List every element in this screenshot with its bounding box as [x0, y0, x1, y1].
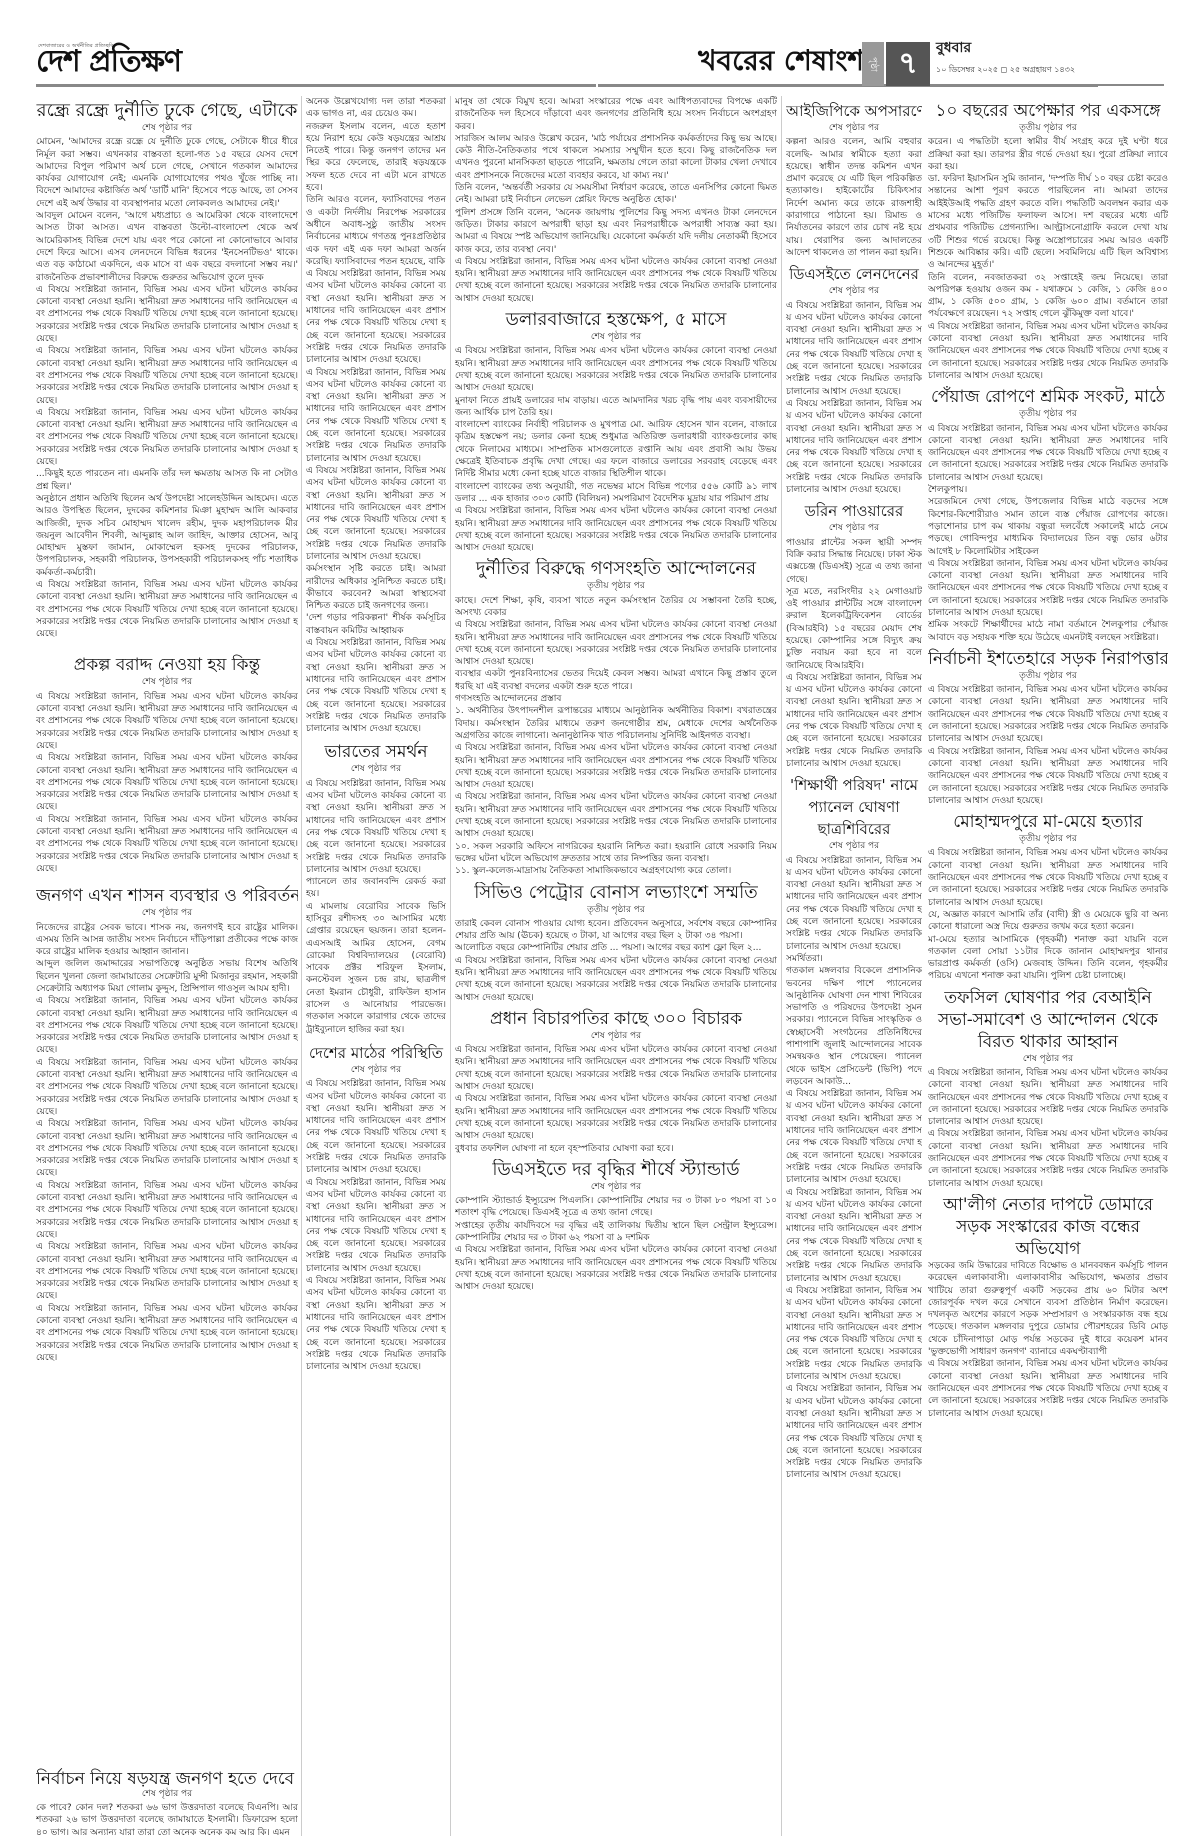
paragraph: মুনাফা নিতে প্রায়ই ডলারের দাম বাড়ায়। … [455, 395, 777, 420]
paragraph: এ বিষয়ে সংশ্লিষ্টরা জানান, বিভিন্ন সময়… [455, 505, 777, 554]
continued-label: শেষ পৃষ্ঠার পর [36, 907, 298, 919]
continued-label: তৃতীয় পৃষ্ঠার পর [928, 408, 1168, 420]
paragraph: ১০. সকল সরকারি অফিসে নাগরিকের হয়রানি নি… [455, 841, 777, 866]
paragraph: এ বিষয়ে সংশ্লিষ্টরা জানান, বিভিন্ন সময়… [36, 579, 298, 640]
continued-label: শেষ পৃষ্ঠার পর [36, 1788, 298, 1800]
paragraph: এ বিষয়ে সংশ্লিষ্টরা জানান, বিভিন্ন সময়… [306, 1078, 446, 1176]
headline[interactable]: প্রকল্প বরাদ্দ নেওয়া হয় কিন্তু [36, 654, 298, 676]
paragraph: এ বিষয়ে সংশ্লিষ্টরা জানান, বিভিন্ন সময়… [306, 778, 446, 876]
paragraph: এ বিষয়ে সংশ্লিষ্টরা জানান, বিভিন্ন সময়… [455, 742, 777, 791]
paragraph: অনেক উল্লেখযোগ্য দল তারা শতকরা এক ভাগও ন… [306, 96, 446, 121]
column-5-content: ১০ বছরের অপেক্ষার পর একসঙ্গে তৃতীয় পৃষ্… [928, 96, 1168, 1836]
paragraph: এ বিষয়ে সংশ্লিষ্টরা জানান, বিভিন্ন সময়… [36, 752, 298, 813]
paragraph: এ বিষয়ে সংশ্লিষ্টরা জানান, বিভিন্ন সময়… [455, 619, 777, 668]
paragraph: নজরুল ইসলাম বলেন, এতে হতাশ হয়ে নিরাশ হয… [306, 121, 446, 195]
paragraph: এ বিষয়ে সংশ্লিষ্টরা জানান, বিভিন্ন সময়… [455, 791, 777, 840]
paragraph: এ বিষয়ে সংশ্লিষ্টরা জানান, বিভিন্ন সময়… [36, 691, 298, 752]
page-number: ৭ [886, 42, 930, 86]
continued-label: শেষ পৃষ্ঠার পর [306, 1064, 446, 1076]
paragraph: এ বিষয়ে সংশ্লিষ্টরা জানান, বিভিন্ন সময়… [36, 814, 298, 875]
continued-label: তৃতীয় পৃষ্ঠার পর [928, 833, 1168, 845]
paragraph: আবদুল মোমেন বলেন, 'আগে মধ্যপ্রাচ্য ও আমে… [36, 210, 298, 284]
paragraph: এ বিষয়ে সংশ্লিষ্টরা জানান, বিভিন্ন সময়… [306, 1275, 446, 1373]
continued-label: শেষ পৃষ্ঠার পর [36, 122, 298, 134]
paragraph: পুলিশ প্রসঙ্গে তিনি বলেন, 'অনেক জায়গায়… [455, 207, 777, 256]
paragraph: তিনি বলেন, নবজাতকরা ৩২ সপ্তাহেই জন্ম নিয… [928, 272, 1168, 321]
paragraph: সড়কের জমি উদ্ধারের দাবিতে বিক্ষোভ ও মান… [928, 1260, 1168, 1358]
paragraph: এ বিষয়ে সংশ্লিষ্টরা জানান, বিভিন্ন সময়… [928, 684, 1168, 745]
headline[interactable]: পেঁয়াজ রোপণে শ্রমিক সংকট, মাঠে [928, 386, 1168, 408]
paragraph: এ বিষয়ে সংশ্লিষ্টরা জানান, বিভিন্ন সময়… [36, 1303, 298, 1364]
date-rule [934, 84, 1164, 86]
paragraph: এ বিষয়ে সংশ্লিষ্টরা জানান, বিভিন্ন সময়… [36, 284, 298, 345]
paragraph: এ বিষয়ে সংশ্লিষ্টরা জানান, বিভিন্ন সময়… [36, 345, 298, 406]
paragraph: যে, অজ্ঞাত কারণে আসামি তাঁর (বাদী) স্ত্র… [928, 909, 1168, 934]
continued-label: তৃতীয় পৃষ্ঠার পর [928, 122, 1168, 134]
headline[interactable]: ১০ বছরের অপেক্ষার পর একসঙ্গে [928, 100, 1168, 122]
paragraph: কে পাবে? কোন দল? শতকরা ৬৬ ভাগ উত্তরদাতা … [36, 1802, 298, 1836]
paragraph: বাংলাদেশ ব্যাংকের নির্বাহী পরিচালক ও মুখ… [455, 419, 777, 480]
headline[interactable]: প্রধান বিচারপতির কাছে ৩০০ বিচারক [455, 1008, 777, 1030]
headline[interactable]: ভারতের সমর্থন [306, 741, 446, 763]
paragraph: করেন। এ পদ্ধতিটা হলো স্বামীর বীর্য সংগ্র… [928, 136, 1168, 173]
weekday: বুধবার [936, 42, 971, 54]
paragraph: মানুষ তা থেকে বিমুখ হবে। আমরা সংস্কারের … [455, 96, 777, 133]
paragraph: এ বিষয়ে সংশ্লিষ্টরা জানান, বিভিন্ন সময়… [928, 1358, 1168, 1419]
paragraph: বুধবার তফশিল ঘোষণা না হলে বৃহস্পতিবার ঘো… [455, 1143, 777, 1155]
paragraph: ১. অর্থনীতির উৎপাদনশীল রূপান্তরের মাধ্যম… [455, 705, 777, 742]
paragraph: এ বিষয়ে সংশ্লিষ্টরা জানান, বিভিন্ন সময়… [36, 1118, 298, 1179]
paragraph: শৈলকুপায়। [928, 484, 1168, 496]
continued-label: শেষ পৃষ্ঠার পর [306, 763, 446, 775]
continued-label: শেষ পৃষ্ঠার পর [36, 676, 298, 688]
headline[interactable]: রন্ধ্রে রন্ধ্রে দুর্নীতি ঢুকে গেছে, এটাক… [36, 100, 298, 122]
newspaper-logo[interactable]: দেশ প্রতিক্ষণ [36, 46, 181, 78]
headline[interactable]: মোহাম্মদপুরে মা-মেয়ে হত্যার [928, 811, 1168, 833]
continued-label: শেষ পৃষ্ঠার পর [455, 1030, 777, 1042]
continued-label: তৃতীয় পৃষ্ঠার পর [455, 580, 777, 592]
continued-label: শেষ পৃষ্ঠার পর [455, 331, 777, 343]
headline[interactable]: সিভিও পেট্রোর বোনাস লভ্যাংশে সম্মতি [455, 882, 777, 904]
paragraph: তিনি আরও বলেন, ফ্যাসিবাদের পতন ও একটা নি… [306, 194, 446, 268]
paragraph: এ বিষয়ে সংশ্লিষ্টরা জানান, বিভিন্ন সময়… [306, 637, 446, 735]
continued-label: তৃতীয় পৃষ্ঠার পর [928, 670, 1168, 682]
paragraph: ব্যবস্থার একটা পুনঃবিন্যাসের ভেতর দিয়েই… [455, 668, 777, 693]
headline[interactable]: নির্বাচনী ইশতেহারে সড়ক নিরাপত্তার [928, 648, 1168, 670]
paragraph: এ বিষয়ে সংশ্লিষ্টরা জানান, বিভিন্ন সময়… [306, 465, 446, 563]
paragraph: তারাই কেবল বোনাস পাওয়ার যোগ্য হবেন। প্র… [455, 918, 777, 943]
paragraph: এ বিষয়ে সংশ্লিষ্টরা জানান, বিভিন্ন সময়… [306, 1177, 446, 1275]
column-divider [450, 96, 451, 1836]
paragraph: এ বিষয়ে সংশ্লিষ্টরা জানান, বিভিন্ন সময়… [928, 558, 1168, 619]
paragraph: নিজেদের রাষ্ট্রের সেবক ভাবে। শাসক নয়, জ… [36, 922, 298, 959]
paragraph: সারজিস আলম আরও উল্লেখ করেন, 'মাঠ পর্যায়… [455, 133, 777, 182]
paragraph: 'দেশ গড়ার পরিকল্পনা' শীর্ষক কর্মসূচির ব… [306, 612, 446, 637]
paragraph: মোমেন, 'আমাদের রন্ধ্রে রন্ধ্রে যে দুর্নী… [36, 136, 298, 210]
masthead: দেশবাজারের ও অর্থনীতির প্রতিচ্ছবি দেশ প্… [36, 30, 1164, 88]
paragraph: এ বিষয়ে সংশ্লিষ্টরা জানান, বিভিন্ন সময়… [928, 321, 1168, 382]
headline[interactable]: জনগণ এখন শাসন ব্যবস্থার ও পরিবর্তন [36, 885, 298, 907]
headline[interactable]: নির্বাচন নিয়ে ষড়যন্ত্র জনগণ হতে দেবে ন… [36, 1768, 298, 1790]
paragraph: এ বিষয়ে সংশ্লিষ্টরা জানান, বিভিন্ন সময়… [455, 1093, 777, 1142]
paragraph: ১১. স্কুল-কলেজ-মাদ্রাসায় নৈতিকতা সামাজি… [455, 865, 777, 877]
paragraph: গণসংহতি আন্দোলনের প্রস্তাব [455, 693, 777, 705]
paragraph: এ বিষয়ে সংশ্লিষ্টরা জানান, বিভিন্ন সময়… [455, 955, 777, 1004]
paragraph: এ বিষয়ে সংশ্লিষ্টরা জানান, বিভিন্ন সময়… [928, 423, 1168, 484]
column-divider [301, 96, 302, 1836]
column-divider [781, 96, 782, 1836]
paragraph: এ বিষয়ে সংশ্লিষ্টরা জানান, বিভিন্ন সময়… [928, 1128, 1168, 1189]
publication-date: ১০ ডিসেম্বর ২০২৫ ◻ ২৫ অগ্রহায়ণ ১৪৩২ [936, 64, 1075, 76]
paragraph: আব্দুল জলিল জমাদ্দারের সভাপতিত্বে অনুষ্ঠ… [36, 958, 298, 995]
headline[interactable]: আ'লীগ নেতার দাপটে ডোমারে সড়ক সংস্কারের … [928, 1194, 1168, 1260]
paragraph: ডা. ফরিদা ইয়াসমিন সুমি জানান, 'দম্পতি দ… [928, 173, 1168, 271]
newspaper-page: দেশবাজারের ও অর্থনীতির প্রতিচ্ছবি দেশ প্… [0, 0, 1200, 1843]
paragraph: এ বিষয়ে সংশ্লিষ্টরা জানান, বিভিন্ন সময়… [36, 1057, 298, 1118]
paragraph: এ বিষয়ে সংশ্লিষ্টরা জানান, বিভিন্ন সময়… [36, 1180, 298, 1241]
paragraph: সপ্তাহের তৃতীয় কার্যদিবসে দর বৃদ্ধির এই… [455, 1220, 777, 1245]
continued-label: শেষ পৃষ্ঠার পর [928, 1053, 1168, 1065]
paragraph: এ মামলায় বেরোবির সাবেক ভিসি হাসিবুর রশী… [306, 901, 446, 1036]
paragraph: এ বিষয়ে সংশ্লিষ্টরা জানান, বিভিন্ন সময়… [36, 1241, 298, 1302]
paragraph: কাছে। দেশে শিক্ষা, কৃষি, ব্যবসা খাতে নতু… [455, 595, 777, 620]
paragraph: কোম্পানি স্ট্যান্ডার্ড ইন্স্যুরেন্স পিএল… [455, 1195, 777, 1220]
section-title: খবরের শেষাংশ [698, 44, 864, 78]
paragraph: সরেজমিনে দেখা গেছে, উপজেলার বিভিন্ন মাঠে… [928, 496, 1168, 557]
paragraph: এ বিষয়ে সংশ্লিষ্টরা জানান, বিভিন্ন সময়… [928, 847, 1168, 908]
column-1: রন্ধ্রে রন্ধ্রে দুর্নীতি ঢুকে গেছে, এটাক… [36, 96, 298, 1836]
paragraph: বাংলাদেশ ব্যাংকের তথ্য অনুযায়ী, গত নভেম… [455, 481, 777, 506]
paragraph: এ বিষয়ে সংশ্লিষ্টরা জানান, বিভিন্ন সময়… [455, 345, 777, 394]
paragraph: আলোচিত বছরে কোম্পানিটির শেয়ার প্রতি ...… [455, 942, 777, 954]
column-2: অনেক উল্লেখযোগ্য দল তারা শতকরা এক ভাগও ন… [306, 96, 446, 1836]
headline[interactable]: দুর্নীতির বিরুদ্ধে গণসংহতি আন্দোলনের [455, 558, 777, 580]
paragraph: প্যানেলে তার জবানবন্দি রেকর্ড করা হয়। [306, 876, 446, 901]
paragraph: এ বিষয়ে সংশ্লিষ্টরা জানান, বিভিন্ন সময়… [36, 407, 298, 468]
column-3: মানুষ তা থেকে বিমুখ হবে। আমরা সংস্কারের … [455, 96, 777, 1836]
continued-label: তৃতীয় পৃষ্ঠার পর [455, 904, 777, 916]
headline[interactable]: দেশের মাঠের পরিস্থিতি [306, 1042, 446, 1064]
paragraph: তিনি বলেন, 'অন্তর্বর্তী সরকার যে সময়সীম… [455, 182, 777, 207]
paragraph: এ বিষয়ে সংশ্লিষ্টরা জানান, বিভিন্ন সময়… [306, 268, 446, 366]
paragraph: শ্রমিক সংকটে শিক্ষার্থীদের মাঠে নামা বর্… [928, 619, 1168, 644]
masthead-rule-left [36, 84, 596, 87]
paragraph: এ বিষয়ে সংশ্লিষ্টরা জানান, বিভিন্ন সময়… [36, 995, 298, 1056]
paragraph: কর্মসংস্থান সৃষ্টি করতে চাই। আমরা নারীদে… [306, 563, 446, 612]
paragraph: এ বিষয়ে সংশ্লিষ্টরা জানান, বিভিন্ন সময়… [928, 746, 1168, 807]
headline[interactable]: তফসিল ঘোষণার পর বেআইনি সভা-সমাবেশ ও আন্দ… [928, 987, 1168, 1053]
headline[interactable]: ডলারবাজারে হস্তক্ষেপ, ৫ মাসে [455, 309, 777, 331]
paragraph: এ বিষয়ে সংশ্লিষ্টরা জানান, বিভিন্ন সময়… [455, 1044, 777, 1093]
paragraph: এ বিষয়ে সংশ্লিষ্টরা জানান, বিভিন্ন সময়… [928, 1067, 1168, 1128]
page-label: পৃষ্ঠা [862, 42, 884, 86]
paragraph: অনুষ্ঠানে প্রধান অতিথি ছিলেন অর্থ উপদেষ্… [36, 493, 298, 579]
paragraph: মা-মেয়ে হত্যার আসামিকে (গৃহকর্মী) শনাক্… [928, 934, 1168, 983]
headline[interactable]: ডিএসইতে দর বৃদ্ধির শীর্ষে স্ট্যান্ডার্ড [455, 1159, 777, 1181]
continued-label: শেষ পৃষ্ঠার পর [455, 1181, 777, 1193]
paragraph: এ বিষয়ে সংশ্লিষ্টরা জানান, বিভিন্ন সময়… [455, 1244, 777, 1293]
paragraph: এ বিষয়ে সংশ্লিষ্টরা জানান, বিভিন্ন সময়… [306, 367, 446, 465]
paragraph: এ বিষয়ে সংশ্লিষ্টরা জানান, বিভিন্ন সময়… [455, 256, 777, 305]
paragraph: ...কিছুই হতে পারতেন না। এমনকি তাঁর দল ক্… [36, 468, 298, 493]
